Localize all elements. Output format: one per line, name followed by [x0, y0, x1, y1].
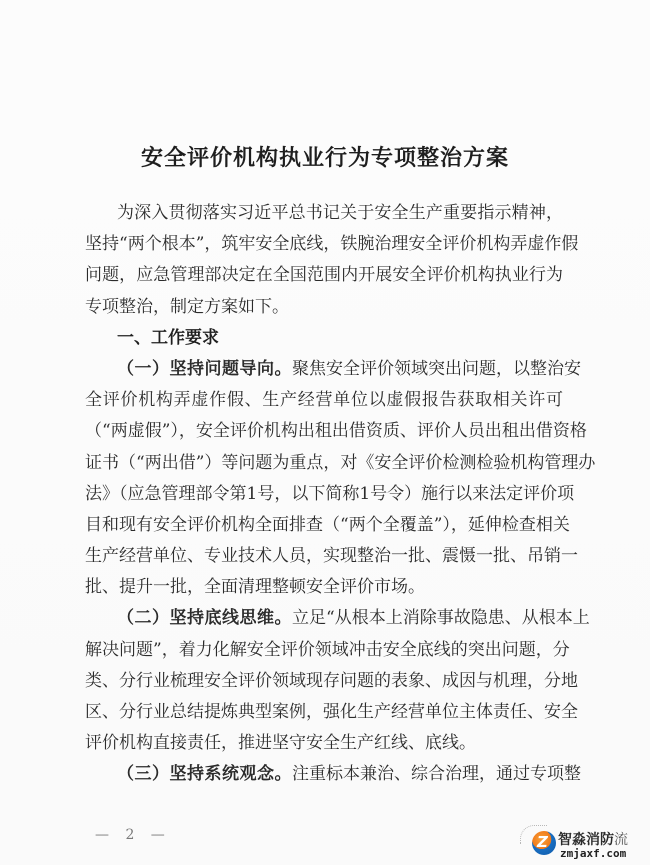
- paragraph-line: 法》（应急管理部令第1号，以下简称1号令）施行以来法定评价项: [85, 479, 563, 510]
- paragraph-line: 坚持“两个根本”，筑牢安全底线，铁腕治理安全评价机构弄虚作假: [85, 229, 563, 260]
- paragraph-line: 类、分行业梳理安全评价领域现存问题的表象、成因与机理，分地: [85, 666, 563, 697]
- paragraph-line: （“两虚假”），安全评价机构出租出借资质、评价人员出租出借资格: [85, 416, 563, 447]
- watermark-url: zmjaxf.com: [560, 847, 626, 860]
- paragraph-line: 为深入贯彻落实习近平总书记关于安全生产重要指示精神，: [85, 198, 563, 229]
- subsection-lead: （三）坚持系统观念。: [117, 764, 292, 784]
- paragraph-line: 生产经营单位、专业技术人员，实现整治一批、震慑一批、吊销一: [85, 541, 563, 572]
- subsection-lead: （一）坚持问题导向。: [117, 359, 292, 379]
- section-heading: 一、工作要求: [85, 323, 563, 354]
- paragraph-line: 解决问题”，着力化解安全评价领域冲击安全底线的突出问题，分: [85, 635, 563, 666]
- paragraph-line: 全评价机构弄虚作假、生产经营单位以虚假报告获取相关许可: [85, 385, 563, 416]
- paragraph-text: 聚焦安全评价领域突出问题，以整治安: [292, 359, 581, 379]
- paragraph-line: 专项整治，制定方案如下。: [85, 292, 563, 323]
- paragraph-line: 区、分行业总结提炼典型案例，强化生产经营单位主体责任、安全: [85, 697, 563, 728]
- paragraph-line: 批、提升一批，全面清理整顿安全评价市场。: [85, 572, 563, 603]
- subsection-lead: （二）坚持底线思维。: [117, 608, 292, 628]
- watermark-name: 智淼消防流: [558, 829, 628, 849]
- page-number: — 2 —: [95, 827, 171, 843]
- paragraph-line: （二）坚持底线思维。立足“从根本上消除事故隐患、从根本上: [85, 603, 563, 634]
- paragraph-line: 评价机构直接责任，推进坚守安全生产红线、底线。: [85, 728, 563, 759]
- watermark: Z 智淼消防流 zmjaxf.com: [520, 823, 650, 863]
- paragraph-text: 立足“从根本上消除事故隐患、从根本上: [292, 608, 590, 628]
- paragraph-line: 证书（“两出借”）等问题为重点，对《安全评价检测检验机构管理办: [85, 448, 563, 479]
- document-body: 为深入贯彻落实习近平总书记关于安全生产重要指示精神， 坚持“两个根本”，筑牢安全…: [85, 198, 563, 791]
- paragraph-line: （一）坚持问题导向。聚焦安全评价领域突出问题，以整治安: [85, 354, 563, 385]
- zmjaxf-logo-icon: Z: [532, 831, 556, 855]
- paragraph-text: 注重标本兼治、综合治理，通过专项整: [292, 764, 581, 784]
- paragraph-line: （三）坚持系统观念。注重标本兼治、综合治理，通过专项整: [85, 759, 563, 790]
- document-page: 安全评价机构执业行为专项整治方案 为深入贯彻落实习近平总书记关于安全生产重要指示…: [0, 0, 650, 865]
- paragraph-line: 问题，应急管理部决定在全国范围内开展安全评价机构执业行为: [85, 260, 563, 291]
- paragraph-line: 目和现有安全评价机构全面排查（“两个全覆盖”），延伸检查相关: [85, 510, 563, 541]
- document-title: 安全评价机构执业行为专项整治方案: [0, 141, 650, 172]
